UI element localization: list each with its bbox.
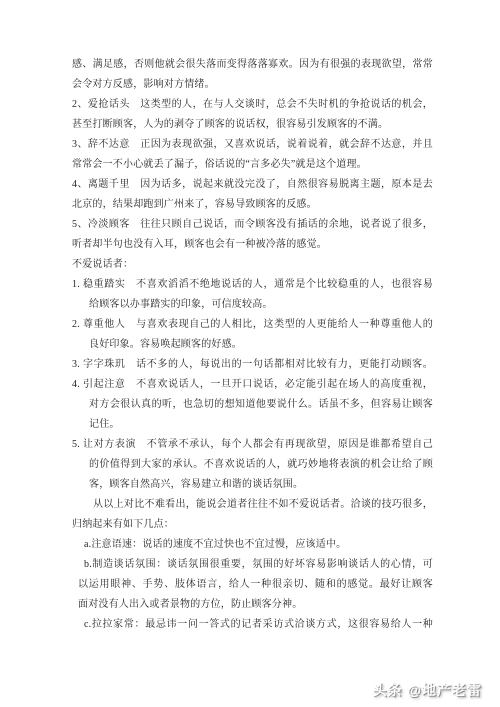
text-line: 北京的，结果却跑到广州来了，容易导致顾客的反感。 [72,195,433,215]
text-line: 4、离题千里 因为话多，说起来就没完没了，自然很容易脱离主题，原本是去 [72,175,433,195]
text-line: 常常会一不小心就丢了漏子，俗话说的“言多必失”就是这个道理。 [72,155,433,175]
document-body: 感、满足感，否则他就会很失落而变得落落寡欢。因为有很强的表现欲望，常常 会令对方… [72,55,433,635]
text-line: 面对没有人出入或者景物的方位，防止顾客分神。 [72,595,433,615]
text-line: 5、冷淡顾客 往往只顾自己说话，而令顾客没有插话的余地，说者说了很多， [72,215,433,235]
text-line: 归纳起来有如下几点： [72,515,433,535]
text-line: a.注意语速：说话的速度不宜过快也不宜过慢，应该适中。 [72,535,433,555]
text-line: 2、爱抢话头 这类型的人，在与人交谈时，总会不失时机的争抢说话的机会， [72,95,433,115]
text-line: 记住。 [72,415,433,435]
screenshot-root: { "page": { "background": "#ffffff", "te… [0,0,500,707]
watermark: 头条 @地产老雷 [372,680,482,700]
watermark-text: 头条 @地产老雷 [372,682,482,698]
text-line: 会令对方反感，影响对方情绪。 [72,75,433,95]
text-line: 5. 让对方表演 不管承不承认，每个人都会有再现欲望，原因是谁都希望自己 [72,435,433,455]
text-line: c.拉拉家常：最忌讳一问一答式的记者采访式洽谈方式，这很容易给人一种 [72,615,433,635]
text-line: 4. 引起注意 不喜欢说话人，一旦开口说话，必定能引起在场人的高度重视， [72,375,433,395]
text-line: 以运用眼神、手势、肢体语言，给人一种很亲切、随和的感觉。最好让顾客 [72,575,433,595]
text-line: 3、辞不达意 正因为表现欲强，又喜欢说话，说着说着，就会辞不达意，并且 [72,135,433,155]
text-line: 感、满足感，否则他就会很失落而变得落落寡欢。因为有很强的表现欲望，常常 [72,55,433,75]
text-line: 客，顾客自然高兴，容易建立和谐的谈话氛围。 [72,475,433,495]
section-heading: 不爱说话者： [72,255,433,275]
text-line: 1. 稳重踏实 不喜欢滔滔不绝地说话的人，通常是个比较稳重的人，也很容易 [72,275,433,295]
text-line: 良好印象。容易唤起顾客的好感。 [72,335,433,355]
text-line: 的价值得到大家的承认。不喜欢说话的人，就巧妙地将表演的机会让给了顾 [72,455,433,475]
text-line: 听者却半句也没有入耳，顾客也会有一种被冷落的感觉。 [72,235,433,255]
text-line: 从以上对比不难看出，能说会道者往往不如不爱说话者。洽谈的技巧很多， [72,495,433,515]
document-page: 感、满足感，否则他就会很失落而变得落落寡欢。因为有很强的表现欲望，常常 会令对方… [0,0,500,707]
text-line: 对方会很认真的听，也急切的想知道他要说什么。话虽不多，但容易让顾客 [72,395,433,415]
text-line: 给顾客以办事踏实的印象，可信度较高。 [72,295,433,315]
text-line: b.制造谈话氛围：谈话氛围很重要，氛围的好坏容易影响谈话人的心情，可 [72,555,433,575]
text-line: 2. 尊重他人 与喜欢表现自己的人相比，这类型的人更能给人一种尊重他人的 [72,315,433,335]
text-line: 3. 字字珠玑 话不多的人，每说出的一句话都相对比较有力，更能打动顾客。 [72,355,433,375]
text-line: 甚至打断顾客，人为的剥夺了顾客的说话权，很容易引发顾客的不满。 [72,115,433,135]
